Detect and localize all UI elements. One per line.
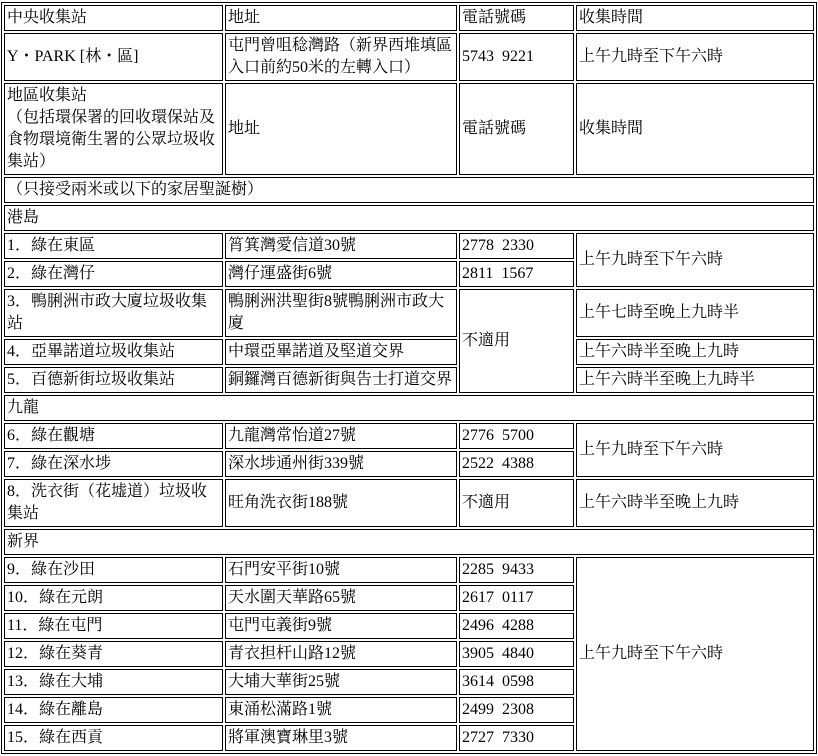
station-phone-cell: 2496 4288: [459, 613, 574, 639]
station-name-cell: 14．綠在離島: [4, 697, 223, 723]
district-header-station: 地區收集站 （包括環保署的回收環保站及食物環境衛生署的公眾垃圾收集站）: [4, 83, 223, 175]
station-address-cell: 九龍灣常怡道27號: [225, 423, 457, 449]
section-title-cell: 九龍: [4, 395, 814, 421]
note-row: （只接受兩米或以下的家居聖誕樹）: [4, 177, 814, 203]
station-phone-cell: 2522 4388: [459, 451, 574, 477]
station-phone-cell: 2285 9433: [459, 557, 574, 583]
station-time-cell: 上午九時至下午六時: [576, 233, 814, 287]
station-address-cell: 青衣担杆山路12號: [225, 641, 457, 667]
district-header-address: 地址: [225, 83, 457, 175]
table-row: 6．綠在觀塘 九龍灣常怡道27號 2776 5700 上午九時至下午六時: [4, 423, 814, 449]
table-row: 4．亞畢諾道垃圾收集站 中環亞畢諾道及堅道交界 上午六時半至晚上九時: [4, 339, 814, 365]
central-header-address: 地址: [225, 5, 457, 31]
station-phone-cell: 2778 2330: [459, 233, 574, 259]
station-name-cell: 2．綠在灣仔: [4, 261, 223, 287]
central-header-phone: 電話號碼: [459, 5, 574, 31]
station-name-cell: 7．綠在深水埗: [4, 451, 223, 477]
section-title-cell: 新界: [4, 529, 814, 555]
district-header-time: 收集時間: [576, 83, 814, 175]
station-address-cell: 石門安平街10號: [225, 557, 457, 583]
station-address-cell: 銅鑼灣百德新街與告士打道交界: [225, 367, 457, 393]
station-address-cell: 大埔大華街25號: [225, 669, 457, 695]
station-phone-cell: 不適用: [459, 289, 574, 393]
station-name-cell: 4．亞畢諾道垃圾收集站: [4, 339, 223, 365]
station-name-cell: 5．百德新街垃圾收集站: [4, 367, 223, 393]
station-phone-cell: 3905 4840: [459, 641, 574, 667]
station-name-cell: 6．綠在觀塘: [4, 423, 223, 449]
station-address-cell: 深水埗通州街339號: [225, 451, 457, 477]
section-title-cell: 港島: [4, 205, 814, 231]
station-address-cell: 灣仔運盛街6號: [225, 261, 457, 287]
station-time-cell: 上午九時至下午六時: [576, 557, 814, 751]
central-header-station: 中央收集站: [4, 5, 223, 31]
station-phone-cell: 不適用: [459, 479, 574, 527]
station-time-cell: 上午九時至下午六時: [576, 33, 814, 81]
station-name-cell: 9．綠在沙田: [4, 557, 223, 583]
station-name-cell: Y・PARK [林・區]: [4, 33, 223, 81]
station-address-cell: 東涌松滿路1號: [225, 697, 457, 723]
station-time-cell: 上午七時至晚上九時半: [576, 289, 814, 337]
station-name-cell: 1．綠在東區: [4, 233, 223, 259]
station-phone-cell: 2499 2308: [459, 697, 574, 723]
station-phone-cell: 2776 5700: [459, 423, 574, 449]
station-address-cell: 筲箕灣愛信道30號: [225, 233, 457, 259]
station-phone-cell: 5743 9221: [459, 33, 574, 81]
central-station-row: Y・PARK [林・區] 屯門曾咀稔灣路（新界西堆填區入口前約50米的左轉入口）…: [4, 33, 814, 81]
section-title-row-kowloon: 九龍: [4, 395, 814, 421]
station-phone-cell: 3614 0598: [459, 669, 574, 695]
station-time-cell: 上午六時半至晚上九時半: [576, 367, 814, 393]
station-phone-cell: 2617 0117: [459, 585, 574, 611]
table-row: 3．鴨脷洲市政大廈垃圾收集站 鴨脷洲洪聖街8號鴨脷洲市政大廈 不適用 上午七時至…: [4, 289, 814, 337]
station-time-cell: 上午六時半至晚上九時: [576, 479, 814, 527]
station-name-cell: 10．綠在元朗: [4, 585, 223, 611]
district-header-phone: 電話號碼: [459, 83, 574, 175]
station-name-cell: 12．綠在葵青: [4, 641, 223, 667]
note-cell: （只接受兩米或以下的家居聖誕樹）: [4, 177, 814, 203]
central-header-time: 收集時間: [576, 5, 814, 31]
section-title-row-hk-island: 港島: [4, 205, 814, 231]
station-address-cell: 將軍澳寶琳里3號: [225, 725, 457, 751]
table-row: 8．洗衣街（花墟道）垃圾收集站 旺角洗衣街188號 不適用 上午六時半至晚上九時: [4, 479, 814, 527]
station-time-cell: 上午六時半至晚上九時: [576, 339, 814, 365]
district-header-row: 地區收集站 （包括環保署的回收環保站及食物環境衛生署的公眾垃圾收集站） 地址 電…: [4, 83, 814, 175]
station-name-cell: 13．綠在大埔: [4, 669, 223, 695]
table-row: 5．百德新街垃圾收集站 銅鑼灣百德新街與告士打道交界 上午六時半至晚上九時半: [4, 367, 814, 393]
station-name-cell: 8．洗衣街（花墟道）垃圾收集站: [4, 479, 223, 527]
station-address-cell: 屯門屯義街9號: [225, 613, 457, 639]
station-address-cell: 屯門曾咀稔灣路（新界西堆填區入口前約50米的左轉入口）: [225, 33, 457, 81]
central-header-row: 中央收集站 地址 電話號碼 收集時間: [4, 5, 814, 31]
station-address-cell: 天水圍天華路65號: [225, 585, 457, 611]
station-name-cell: 11．綠在屯門: [4, 613, 223, 639]
station-address-cell: 旺角洗衣街188號: [225, 479, 457, 527]
collection-stations-table: 中央收集站 地址 電話號碼 收集時間 Y・PARK [林・區] 屯門曾咀稔灣路（…: [1, 2, 817, 754]
section-title-row-new-territories: 新界: [4, 529, 814, 555]
table-row: 9．綠在沙田 石門安平街10號 2285 9433 上午九時至下午六時: [4, 557, 814, 583]
station-address-cell: 鴨脷洲洪聖街8號鴨脷洲市政大廈: [225, 289, 457, 337]
table-row: 1．綠在東區 筲箕灣愛信道30號 2778 2330 上午九時至下午六時: [4, 233, 814, 259]
station-phone-cell: 2811 1567: [459, 261, 574, 287]
station-phone-cell: 2727 7330: [459, 725, 574, 751]
station-name-cell: 3．鴨脷洲市政大廈垃圾收集站: [4, 289, 223, 337]
station-time-cell: 上午九時至下午六時: [576, 423, 814, 477]
station-address-cell: 中環亞畢諾道及堅道交界: [225, 339, 457, 365]
station-name-cell: 15．綠在西貢: [4, 725, 223, 751]
